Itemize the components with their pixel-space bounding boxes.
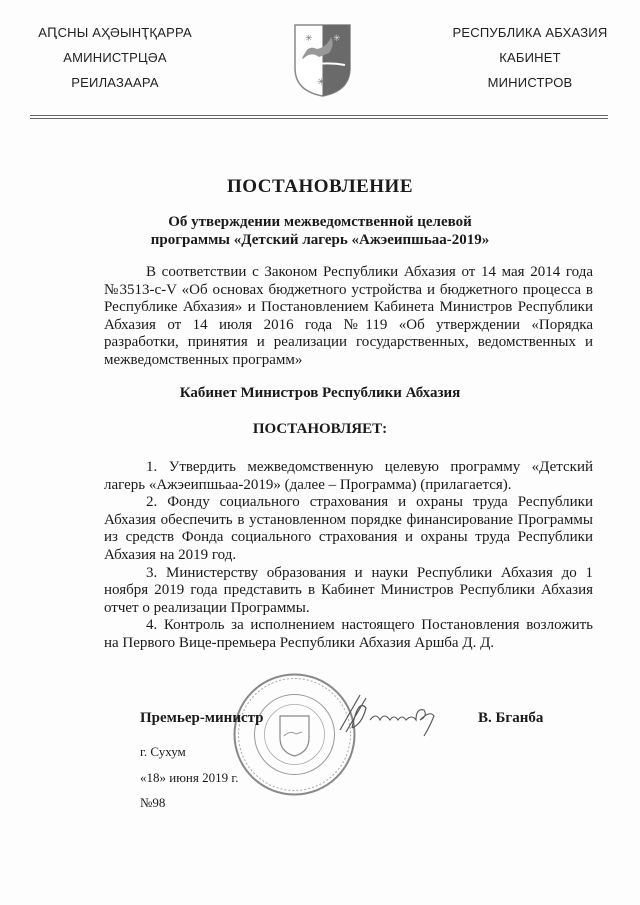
signatory-title: Премьер-министр <box>140 710 264 727</box>
document-number: №98 <box>140 795 165 811</box>
header-left-line-3: РЕИЛАЗААРА <box>30 70 200 95</box>
issuer-heading: Кабинет Министров Республики Абхазия <box>0 385 640 402</box>
header-right-line-2: КАБИНЕТ <box>445 45 615 70</box>
preamble-paragraph: В соответствии с Законом Республики Абха… <box>104 264 593 370</box>
document-title: ПОСТАНОВЛЕНИЕ <box>0 176 640 198</box>
resolution-item-4: 4. Контроль за исполнением настоящего По… <box>104 617 593 652</box>
header-left-line-1: АԤСНЫ АҲӘЫНҬҚАРРА <box>30 20 200 45</box>
resolution-item-1: 1. Утвердить межведомственную целевую пр… <box>104 459 593 494</box>
resolution-item-2: 2. Фонду социального страхования и охран… <box>104 494 593 564</box>
issue-city: г. Сухум <box>140 744 186 760</box>
header-divider-top <box>30 115 608 116</box>
header-left-line-2: АМИНИСТРЦӘА <box>30 45 200 70</box>
resolution-item-3: 3. Министерству образования и науки Респ… <box>104 565 593 618</box>
header-left-abkhaz: АԤСНЫ АҲӘЫНҬҚАРРА АМИНИСТРЦӘА РЕИЛАЗААРА <box>30 20 200 95</box>
subtitle-line-1: Об утверждении межведомственной целевой <box>0 213 640 231</box>
svg-text:✳: ✳ <box>305 33 313 43</box>
signatory-name: В. Бганба <box>478 710 543 727</box>
resolution-items: 1. Утвердить межведомственную целевую пр… <box>104 459 593 653</box>
subtitle-line-2: программы «Детский лагерь «Ажэеипшьаа-20… <box>0 231 640 249</box>
issue-date: «18» июня 2019 г. <box>140 770 238 786</box>
handwritten-signature-icon <box>330 690 480 740</box>
header-right-line-1: РЕСПУБЛИКА АБХАЗИЯ <box>445 20 615 45</box>
coat-of-arms-icon: ✳ ✳ ✳ <box>293 23 352 98</box>
svg-text:✳: ✳ <box>333 33 341 43</box>
resolves-heading: ПОСТАНОВЛЯЕТ: <box>0 421 640 438</box>
document-subtitle: Об утверждении межведомственной целевой … <box>0 213 640 249</box>
header-divider-bottom <box>30 118 608 119</box>
header-right-line-3: МИНИСТРОВ <box>445 70 615 95</box>
svg-text:✳: ✳ <box>317 77 325 88</box>
header-right-russian: РЕСПУБЛИКА АБХАЗИЯ КАБИНЕТ МИНИСТРОВ <box>445 20 615 95</box>
